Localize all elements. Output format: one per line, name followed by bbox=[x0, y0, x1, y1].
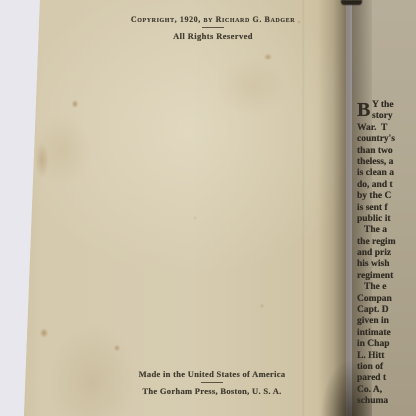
made-in-usa-line: Made in the United States of America bbox=[86, 369, 338, 379]
text-line: Co. A, bbox=[357, 385, 416, 396]
text-line: do, and t bbox=[357, 180, 416, 191]
text-line: Capt. D bbox=[357, 305, 416, 316]
text-line: is sent f bbox=[357, 203, 416, 214]
text-line: is clean a bbox=[357, 168, 416, 179]
text-line: L. Hitt bbox=[357, 351, 416, 362]
copyright-page bbox=[0, 0, 346, 416]
book-photo: Copyright, 1920, by Richard G. Badger Al… bbox=[0, 0, 416, 416]
text-line: schuma bbox=[357, 396, 416, 407]
text-line: tion of bbox=[357, 362, 416, 373]
divider-rule bbox=[202, 27, 224, 28]
imprint-block: Made in the United States of America The… bbox=[86, 369, 338, 396]
text-line: public it bbox=[357, 214, 416, 225]
text-line: in Chap bbox=[357, 339, 416, 350]
text-line: regiment bbox=[357, 271, 416, 282]
text-line: Compan bbox=[357, 294, 416, 305]
copyright-block: Copyright, 1920, by Richard G. Badger Al… bbox=[88, 15, 338, 41]
text-line: than two bbox=[357, 146, 416, 157]
divider-rule bbox=[201, 382, 223, 383]
text-line: The e bbox=[357, 282, 416, 293]
copyright-line: Copyright, 1920, by Richard G. Badger bbox=[88, 15, 338, 24]
text-line: country's bbox=[357, 134, 416, 145]
dropcap-letter: B bbox=[357, 100, 370, 121]
text-line: given in bbox=[357, 316, 416, 327]
facing-page-text: B Y the story War. T country's than two … bbox=[357, 100, 416, 416]
text-line: by the C bbox=[357, 191, 416, 202]
text-line: intimate bbox=[357, 328, 416, 339]
binding-top-notch bbox=[341, 0, 362, 5]
text-line: theless, a bbox=[357, 157, 416, 168]
text-line: the regim bbox=[357, 237, 416, 248]
text-line: War. T bbox=[357, 123, 416, 134]
text-line: and priz bbox=[357, 248, 416, 259]
publisher-line: The Gorham Press, Boston, U. S. A. bbox=[86, 386, 338, 396]
text-line: The a bbox=[357, 225, 416, 236]
text-line: pared t bbox=[357, 373, 416, 384]
rights-reserved-line: All Rights Reserved bbox=[88, 31, 338, 41]
text-line: his wish bbox=[357, 259, 416, 270]
